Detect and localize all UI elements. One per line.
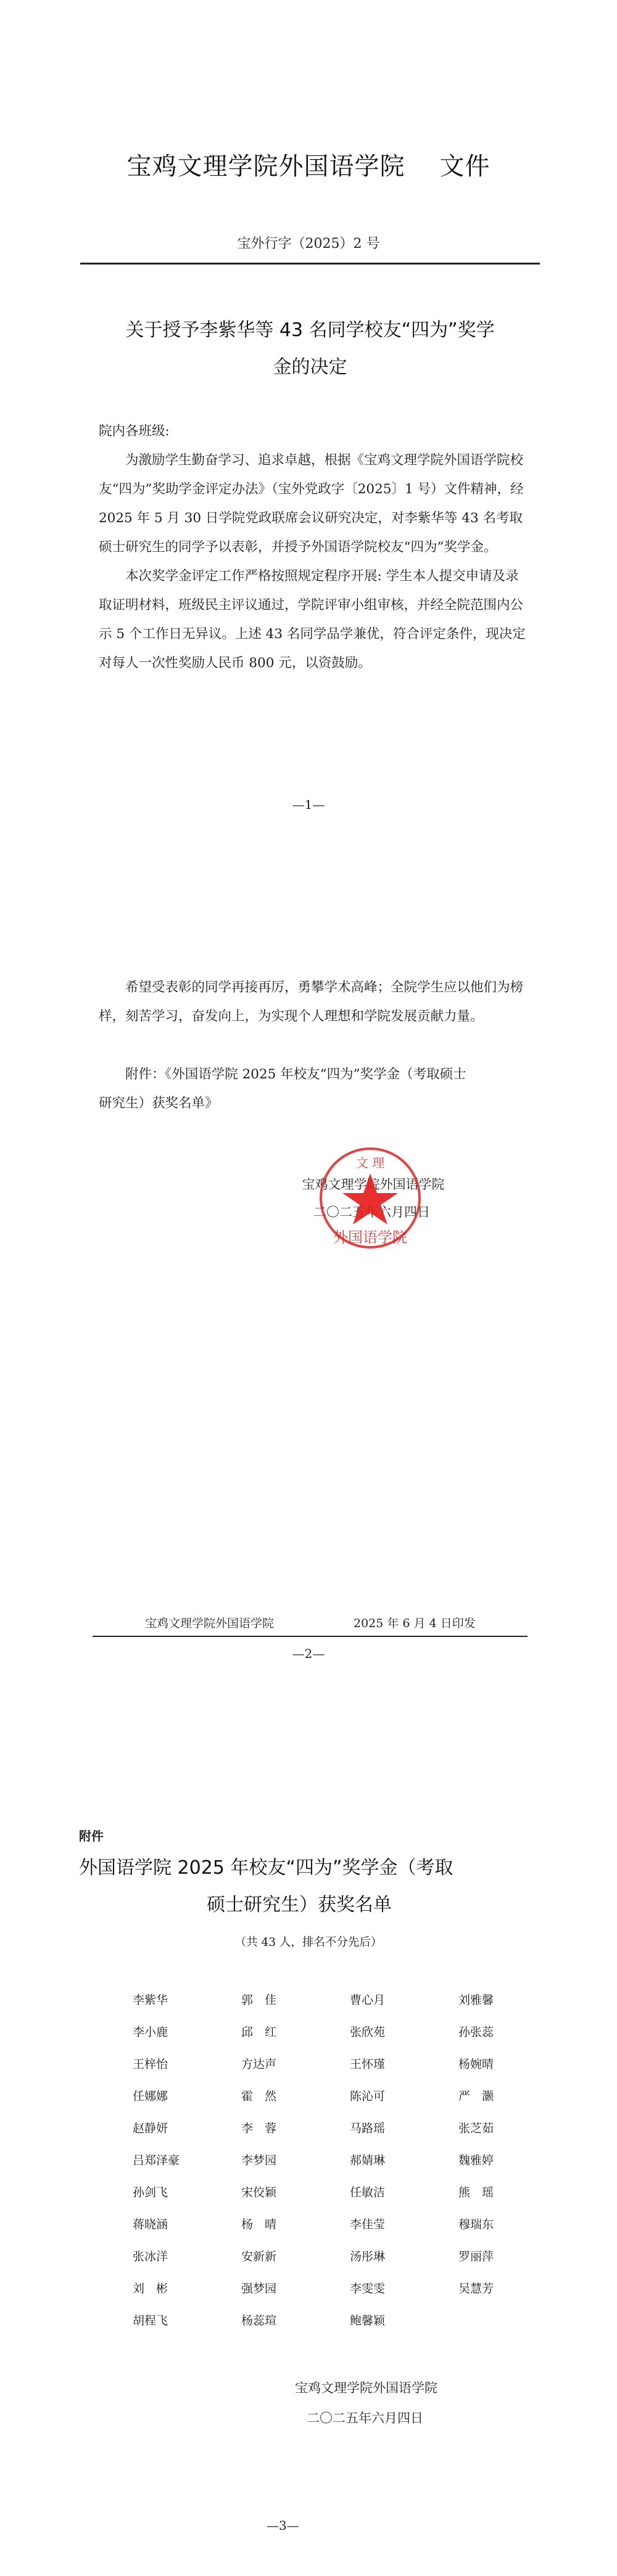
footer-org: 宝鸡文理学院外国语学院: [145, 1614, 274, 1631]
awardee-name: 曹心月: [350, 1984, 423, 2016]
body-paragraph-1: 为激励学生勤奋学习、追求卓越，根据《宝鸡文理学院外国语学院校友“四为”奖助学金评…: [99, 446, 531, 562]
awardee-name: 李 蓉: [241, 2112, 314, 2144]
awardee-name: 李小鹿: [133, 2016, 205, 2048]
star-icon: [342, 1173, 398, 1224]
closing-paragraph: 希望受表彰的同学再接再厉，勇攀学术高峰；全院学生应以他们为榜样，刻苦学习，奋发向…: [99, 973, 531, 1031]
annex-title: 外国语学院 2025 年校友“四为”奖学金（考取 硕士研究生）获奖名单: [79, 1850, 539, 1924]
awardee-name: 蒋晓涵: [133, 2209, 205, 2241]
awardee-name: 邱 红: [241, 2016, 314, 2048]
document-number: 宝外行字（2025）2 号: [0, 233, 617, 252]
awardee-name: 安新新: [241, 2241, 314, 2273]
awardee-name: 刘雅馨: [458, 1984, 531, 2016]
awardee-name: 穆瑞东: [458, 2209, 531, 2241]
page-number-3: —3—: [267, 2518, 299, 2533]
title-line-1: 关于授予李紫华等 43 名同学校友“四为”奖学: [80, 312, 540, 349]
awardee-name: 罗丽萍: [458, 2241, 531, 2273]
awardee-name: 宋佼颖: [241, 2176, 314, 2209]
page1-body: 院内各班级: 为激励学生勤奋学习、追求卓越，根据《宝鸡文理学院外国语学院校友“四…: [99, 417, 531, 678]
awardee-count-note: （共 43 人，排名不分先后）: [0, 1934, 617, 1950]
awardee-name: 陈沁可: [350, 2080, 423, 2112]
awardee-name: 孙剑飞: [133, 2176, 205, 2209]
document-header: 宝鸡文理学院外国语学院文件: [0, 147, 617, 182]
awardee-name: 方达声: [241, 2048, 314, 2080]
attachment-line-2: 研究生）获奖名单》: [99, 1089, 531, 1118]
page-number-2: —2—: [0, 1646, 617, 1661]
awardee-name: 李梦园: [241, 2144, 314, 2176]
awardee-name: 赵静妍: [133, 2112, 205, 2144]
awardee-name: 杨婉晴: [458, 2048, 531, 2080]
annex-title-line-1: 外国语学院 2025 年校友“四为”奖学金（考取: [79, 1857, 453, 1879]
awardee-name: 鲍馨颖: [350, 2305, 423, 2337]
page-number-1: —1—: [0, 797, 617, 812]
attachment-line-1: 附件：《外国语学院 2025 年校友“四为”奖学金（考取硕士: [125, 1067, 466, 1082]
awardee-name: 孙张蕊: [458, 2016, 531, 2048]
official-seal: 文 理 外国语学院: [318, 1144, 423, 1252]
annex-title-line-2: 硕士研究生）获奖名单: [79, 1887, 539, 1924]
header-doc-type: 文件: [440, 152, 491, 181]
awardee-name: 李佳莹: [350, 2209, 423, 2241]
awardee-name: 吕郑泽豪: [133, 2144, 205, 2176]
title-line-2: 金的决定: [80, 349, 540, 386]
awardee-names-grid: 李紫华 郭 佳 曹心月 刘雅馨 李小鹿 邱 红 张欣苑 孙张蕊 王梓怡 方达声 …: [133, 1984, 478, 2337]
awardee-name: 李紫华: [133, 1984, 205, 2016]
svg-text:文 理: 文 理: [356, 1155, 384, 1170]
awardee-name: 张冰洋: [133, 2241, 205, 2273]
page2-body: 希望受表彰的同学再接再厉，勇攀学术高峰；全院学生应以他们为榜样，刻苦学习，奋发向…: [99, 973, 531, 1118]
awardee-name: 张欣苑: [350, 2016, 423, 2048]
awardee-name: 胡程飞: [133, 2305, 205, 2337]
attachment-reference: 附件：《外国语学院 2025 年校友“四为”奖学金（考取硕士: [99, 1060, 531, 1089]
annex-label: 附件: [79, 1826, 104, 1844]
awardee-name: 张芝茹: [458, 2112, 531, 2144]
header-divider: [80, 263, 540, 265]
salutation: 院内各班级:: [99, 417, 531, 446]
awardee-name: 王梓怡: [133, 2048, 205, 2080]
awardee-name: 郭 佳: [241, 1984, 314, 2016]
svg-text:外国语学院: 外国语学院: [333, 1229, 407, 1246]
awardee-name: 霍 然: [241, 2080, 314, 2112]
awardee-name: 任敏洁: [350, 2176, 423, 2209]
awardee-name: 李雯雯: [350, 2273, 423, 2305]
awardee-name: 任娜娜: [133, 2080, 205, 2112]
awardee-name: 王怀瑾: [350, 2048, 423, 2080]
header-org-name: 宝鸡文理学院外国语学院: [127, 152, 405, 181]
awardee-name: 熊 瑶: [458, 2176, 531, 2209]
awardee-name: 马路瑶: [350, 2112, 423, 2144]
awardee-name: 魏雅婷: [458, 2144, 531, 2176]
footer-divider: [93, 1636, 528, 1637]
awardee-name: 严 灏: [458, 2080, 531, 2112]
document-title: 关于授予李紫华等 43 名同学校友“四为”奖学 金的决定: [80, 312, 540, 386]
signature-org-p3: 宝鸡文理学院外国语学院: [295, 2378, 480, 2397]
body-paragraph-2: 本次奖学金评定工作严格按照规定程序开展: 学生本人提交申请及录取证明材料，班级民…: [99, 562, 531, 678]
seal-icon: 文 理 外国语学院: [318, 1144, 423, 1252]
signature-date-p3: 二〇二五年六月四日: [307, 2408, 467, 2427]
footer-print-date: 2025 年 6 月 4 日印发: [354, 1614, 476, 1631]
awardee-name: 强梦园: [241, 2273, 314, 2305]
awardee-name: 刘 彬: [133, 2273, 205, 2305]
awardee-name: 吴慧芳: [458, 2273, 531, 2305]
awardee-name: 郝婧琳: [350, 2144, 423, 2176]
awardee-name: 杨蕊瑄: [241, 2305, 314, 2337]
awardee-name: 汤彤琳: [350, 2241, 423, 2273]
awardee-name: 杨 晴: [241, 2209, 314, 2241]
